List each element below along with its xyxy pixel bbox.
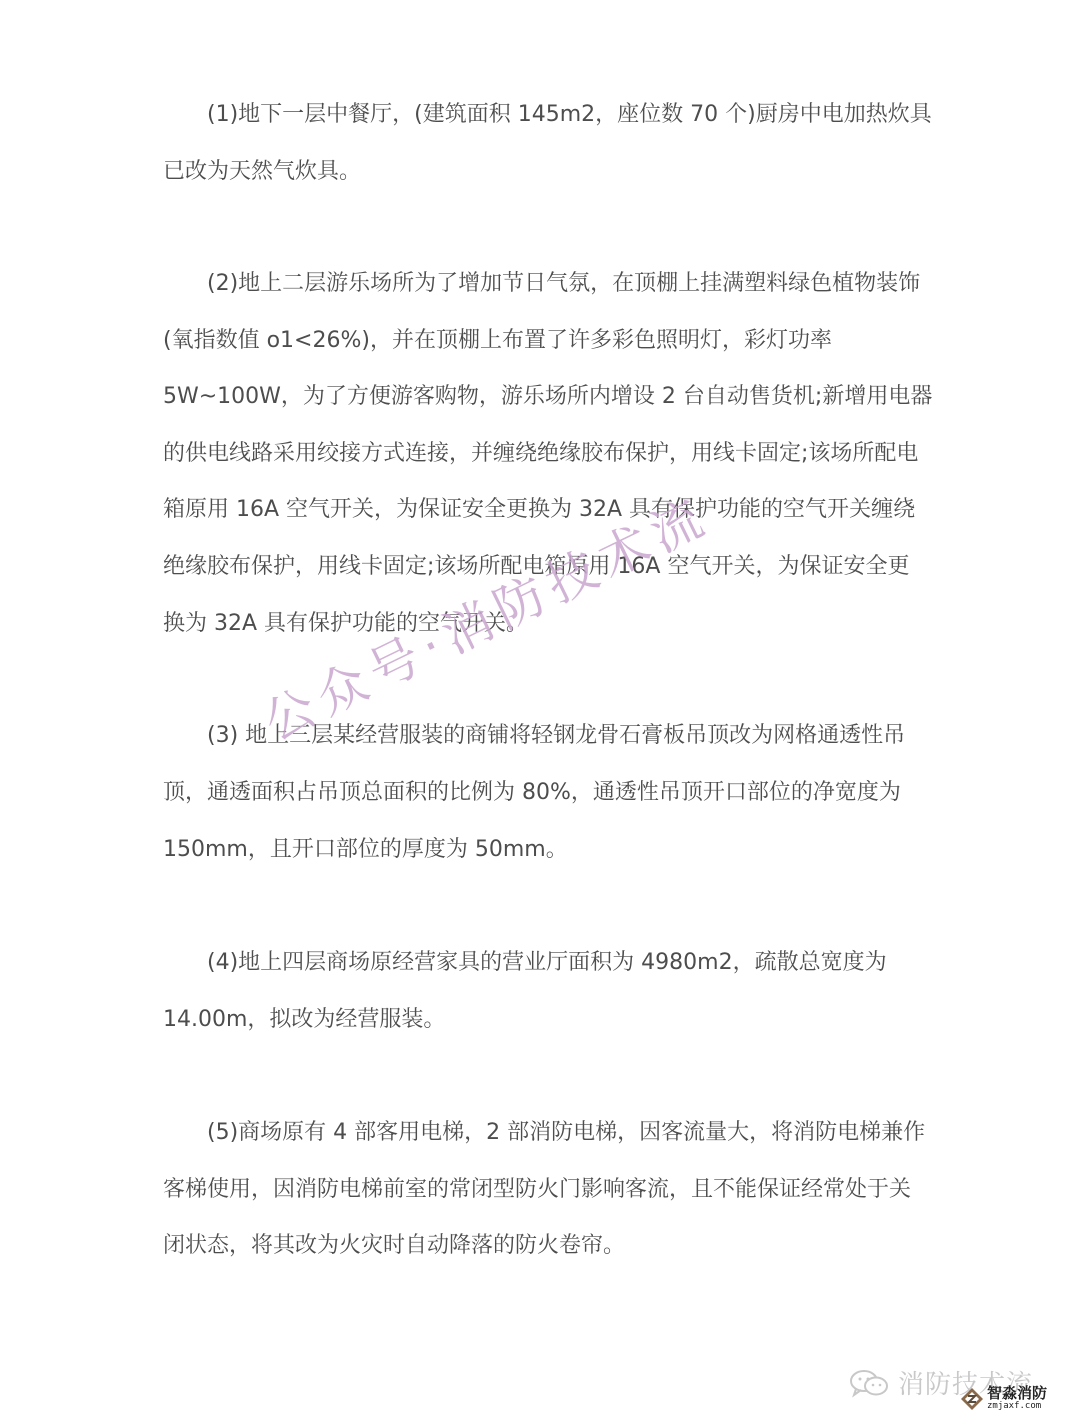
wechat-icon: [848, 1368, 892, 1398]
site-url: zmjaxf.com: [987, 1402, 1047, 1411]
paragraph-2-line-4: 的供电线路采用绞接方式连接，并缠绕绝缘胶布保护，用线卡固定;该场所配电: [163, 439, 918, 469]
zm-logo-icon: [960, 1387, 984, 1411]
paragraph-2-line-3: 5W~100W，为了方便游客购物，游乐场所内增设 2 台自动售货机;新增用电器: [163, 382, 932, 412]
paragraph-2-line-1: (2)地上二层游乐场所为了增加节日气氛，在顶棚上挂满塑料绿色植物装饰: [207, 269, 920, 299]
paragraph-3-line-2: 顶，通透面积占吊顶总面积的比例为 80%，通透性吊顶开口部位的净宽度为: [163, 778, 901, 808]
site-name: 智淼消防: [987, 1386, 1047, 1401]
paragraph-2-line-2: (氧指数值 o1<26%)，并在顶棚上布置了许多彩色照明灯，彩灯功率: [163, 326, 832, 356]
paragraph-3-line-3: 150mm，且开口部位的厚度为 50mm。: [163, 835, 568, 865]
paragraph-4-line-2: 14.00m，拟改为经营服装。: [163, 1005, 445, 1035]
site-logo: 智淼消防 zmjaxf.com: [960, 1386, 1047, 1411]
paragraph-5-line-1: (5)商场原有 4 部客用电梯，2 部消防电梯，因客流量大，将消防电梯兼作: [207, 1118, 925, 1148]
paragraph-5-line-2: 客梯使用，因消防电梯前室的常闭型防火门影响客流，且不能保证经常处于关: [163, 1175, 911, 1205]
paragraph-1-line-2: 已改为天然气炊具。: [163, 157, 361, 187]
paragraph-5-line-3: 闭状态，将其改为火灾时自动降落的防火卷帘。: [163, 1231, 625, 1261]
paragraph-2-line-5: 箱原用 16A 空气开关，为保证安全更换为 32A 具有保护功能的空气开关缠绕: [163, 495, 915, 525]
paragraph-4-line-1: (4)地上四层商场原经营家具的营业厅面积为 4980m2，疏散总宽度为: [207, 948, 887, 978]
paragraph-1-line-1: (1)地下一层中餐厅，(建筑面积 145m2，座位数 70 个)厨房中电加热炊具: [207, 100, 932, 130]
